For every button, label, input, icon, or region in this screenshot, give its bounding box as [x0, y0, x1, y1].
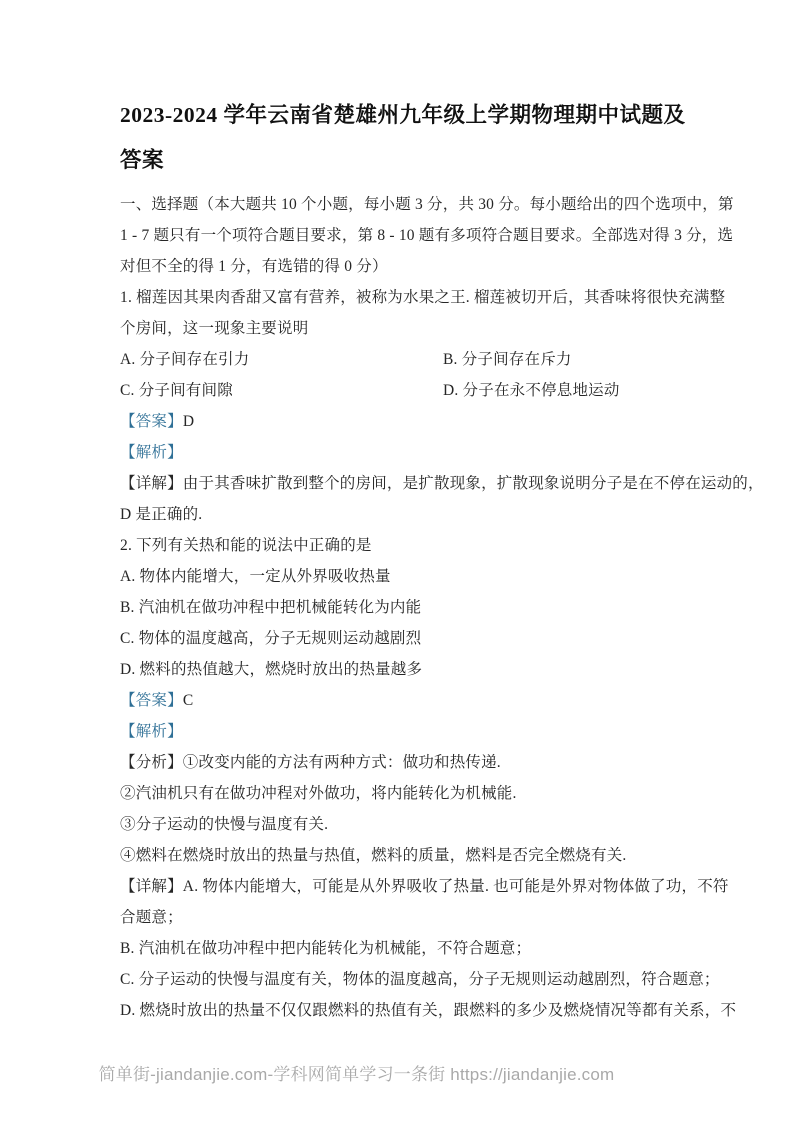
question-2-analysis-line: 【解析】 [120, 716, 680, 747]
question-2-option-b: B. 汽油机在做功冲程中把机械能转化为内能 [120, 592, 680, 623]
question-1-answer-line: 【答案】D [120, 406, 680, 437]
question-2-stem-line: 2. 下列有关热和能的说法中正确的是 [120, 530, 680, 561]
analysis-label: 【解析】 [120, 723, 183, 740]
page-title-line-1: 2023-2024 学年云南省楚雄州九年级上学期物理期中试题及 [120, 93, 680, 138]
question-1-stem-line: 个房间，这一现象主要说明 [120, 313, 680, 344]
document-body: 一、选择题（本大题共 10 个小题，每小题 3 分，共 30 分。每小题给出的四… [120, 189, 680, 1026]
question-1-detail-line: 【详解】由于其香味扩散到整个的房间，是扩散现象，扩散现象说明分子是在不停在运动的… [120, 468, 680, 499]
question-2-analysis-line: ②汽油机只有在做功冲程对外做功，将内能转化为机械能. [120, 778, 680, 809]
question-2-option-d: D. 燃料的热值越大，燃烧时放出的热量越多 [120, 654, 680, 685]
intro-line: 一、选择题（本大题共 10 个小题，每小题 3 分，共 30 分。每小题给出的四… [120, 189, 680, 220]
question-2-detail-line: B. 汽油机在做功冲程中把内能转化为机械能，不符合题意； [120, 933, 680, 964]
question-2-answer-value: C [183, 692, 194, 709]
page-title: 2023-2024 学年云南省楚雄州九年级上学期物理期中试题及 答案 [120, 93, 680, 183]
question-2-detail-line: 合题意； [120, 902, 680, 933]
question-1-option-a: A. 分子间存在引力 [120, 344, 443, 375]
question-1-options-row-2: C. 分子间有间隙 D. 分子在永不停息地运动 [120, 375, 680, 406]
question-1-option-d: D. 分子在永不停息地运动 [443, 375, 620, 406]
section-intro: 一、选择题（本大题共 10 个小题，每小题 3 分，共 30 分。每小题给出的四… [120, 189, 680, 282]
question-1-detail-line: D 是正确的. [120, 499, 680, 530]
answer-label: 【答案】 [120, 692, 183, 709]
question-2: 2. 下列有关热和能的说法中正确的是 A. 物体内能增大，一定从外界吸收热量 B… [120, 530, 680, 1026]
question-2-detail-line: D. 燃烧时放出的热量不仅仅跟燃料的热值有关，跟燃料的多少及燃烧情况等都有关系，… [120, 995, 680, 1026]
question-2-option-c: C. 物体的温度越高，分子无规则运动越剧烈 [120, 623, 680, 654]
answer-label: 【答案】 [120, 413, 183, 430]
question-2-answer-line: 【答案】C [120, 685, 680, 716]
question-2-option-a: A. 物体内能增大，一定从外界吸收热量 [120, 561, 680, 592]
question-1-analysis-line: 【解析】 [120, 437, 680, 468]
document-content: 2023-2024 学年云南省楚雄州九年级上学期物理期中试题及 答案 一、选择题… [120, 93, 680, 1026]
question-1-option-c: C. 分子间有间隙 [120, 375, 443, 406]
question-2-analysis-line: ④燃料在燃烧时放出的热量与热值，燃料的质量，燃料是否完全燃烧有关. [120, 840, 680, 871]
question-1-answer-value: D [183, 413, 194, 430]
intro-line: 1 - 7 题只有一个项符合题目要求，第 8 - 10 题有多项符合题目要求。全… [120, 220, 680, 251]
watermark-footer: 简单街-jiandanjie.com-学科网简单学习一条街 https://ji… [0, 1062, 713, 1088]
question-2-analysis-line: 【分析】①改变内能的方法有两种方式：做功和热传递. [120, 747, 680, 778]
document-page: 2023-2024 学年云南省楚雄州九年级上学期物理期中试题及 答案 一、选择题… [0, 0, 793, 1122]
question-2-analysis-line: ③分子运动的快慢与温度有关. [120, 809, 680, 840]
analysis-label: 【解析】 [120, 444, 183, 461]
question-2-detail-line: 【详解】A. 物体内能增大，可能是从外界吸收了热量. 也可能是外界对物体做了功，… [120, 871, 680, 902]
intro-line: 对但不全的得 1 分，有选错的得 0 分） [120, 251, 680, 282]
question-1-stem-line: 1. 榴莲因其果肉香甜又富有营养，被称为水果之王. 榴莲被切开后，其香味将很快充… [120, 282, 680, 313]
question-1-option-b: B. 分子间存在斥力 [443, 344, 572, 375]
page-title-line-2: 答案 [120, 138, 680, 183]
question-1-options-row-1: A. 分子间存在引力 B. 分子间存在斥力 [120, 344, 680, 375]
question-2-detail-line: C. 分子运动的快慢与温度有关，物体的温度越高，分子无规则运动越剧烈，符合题意； [120, 964, 680, 995]
question-1: 1. 榴莲因其果肉香甜又富有营养，被称为水果之王. 榴莲被切开后，其香味将很快充… [120, 282, 680, 530]
